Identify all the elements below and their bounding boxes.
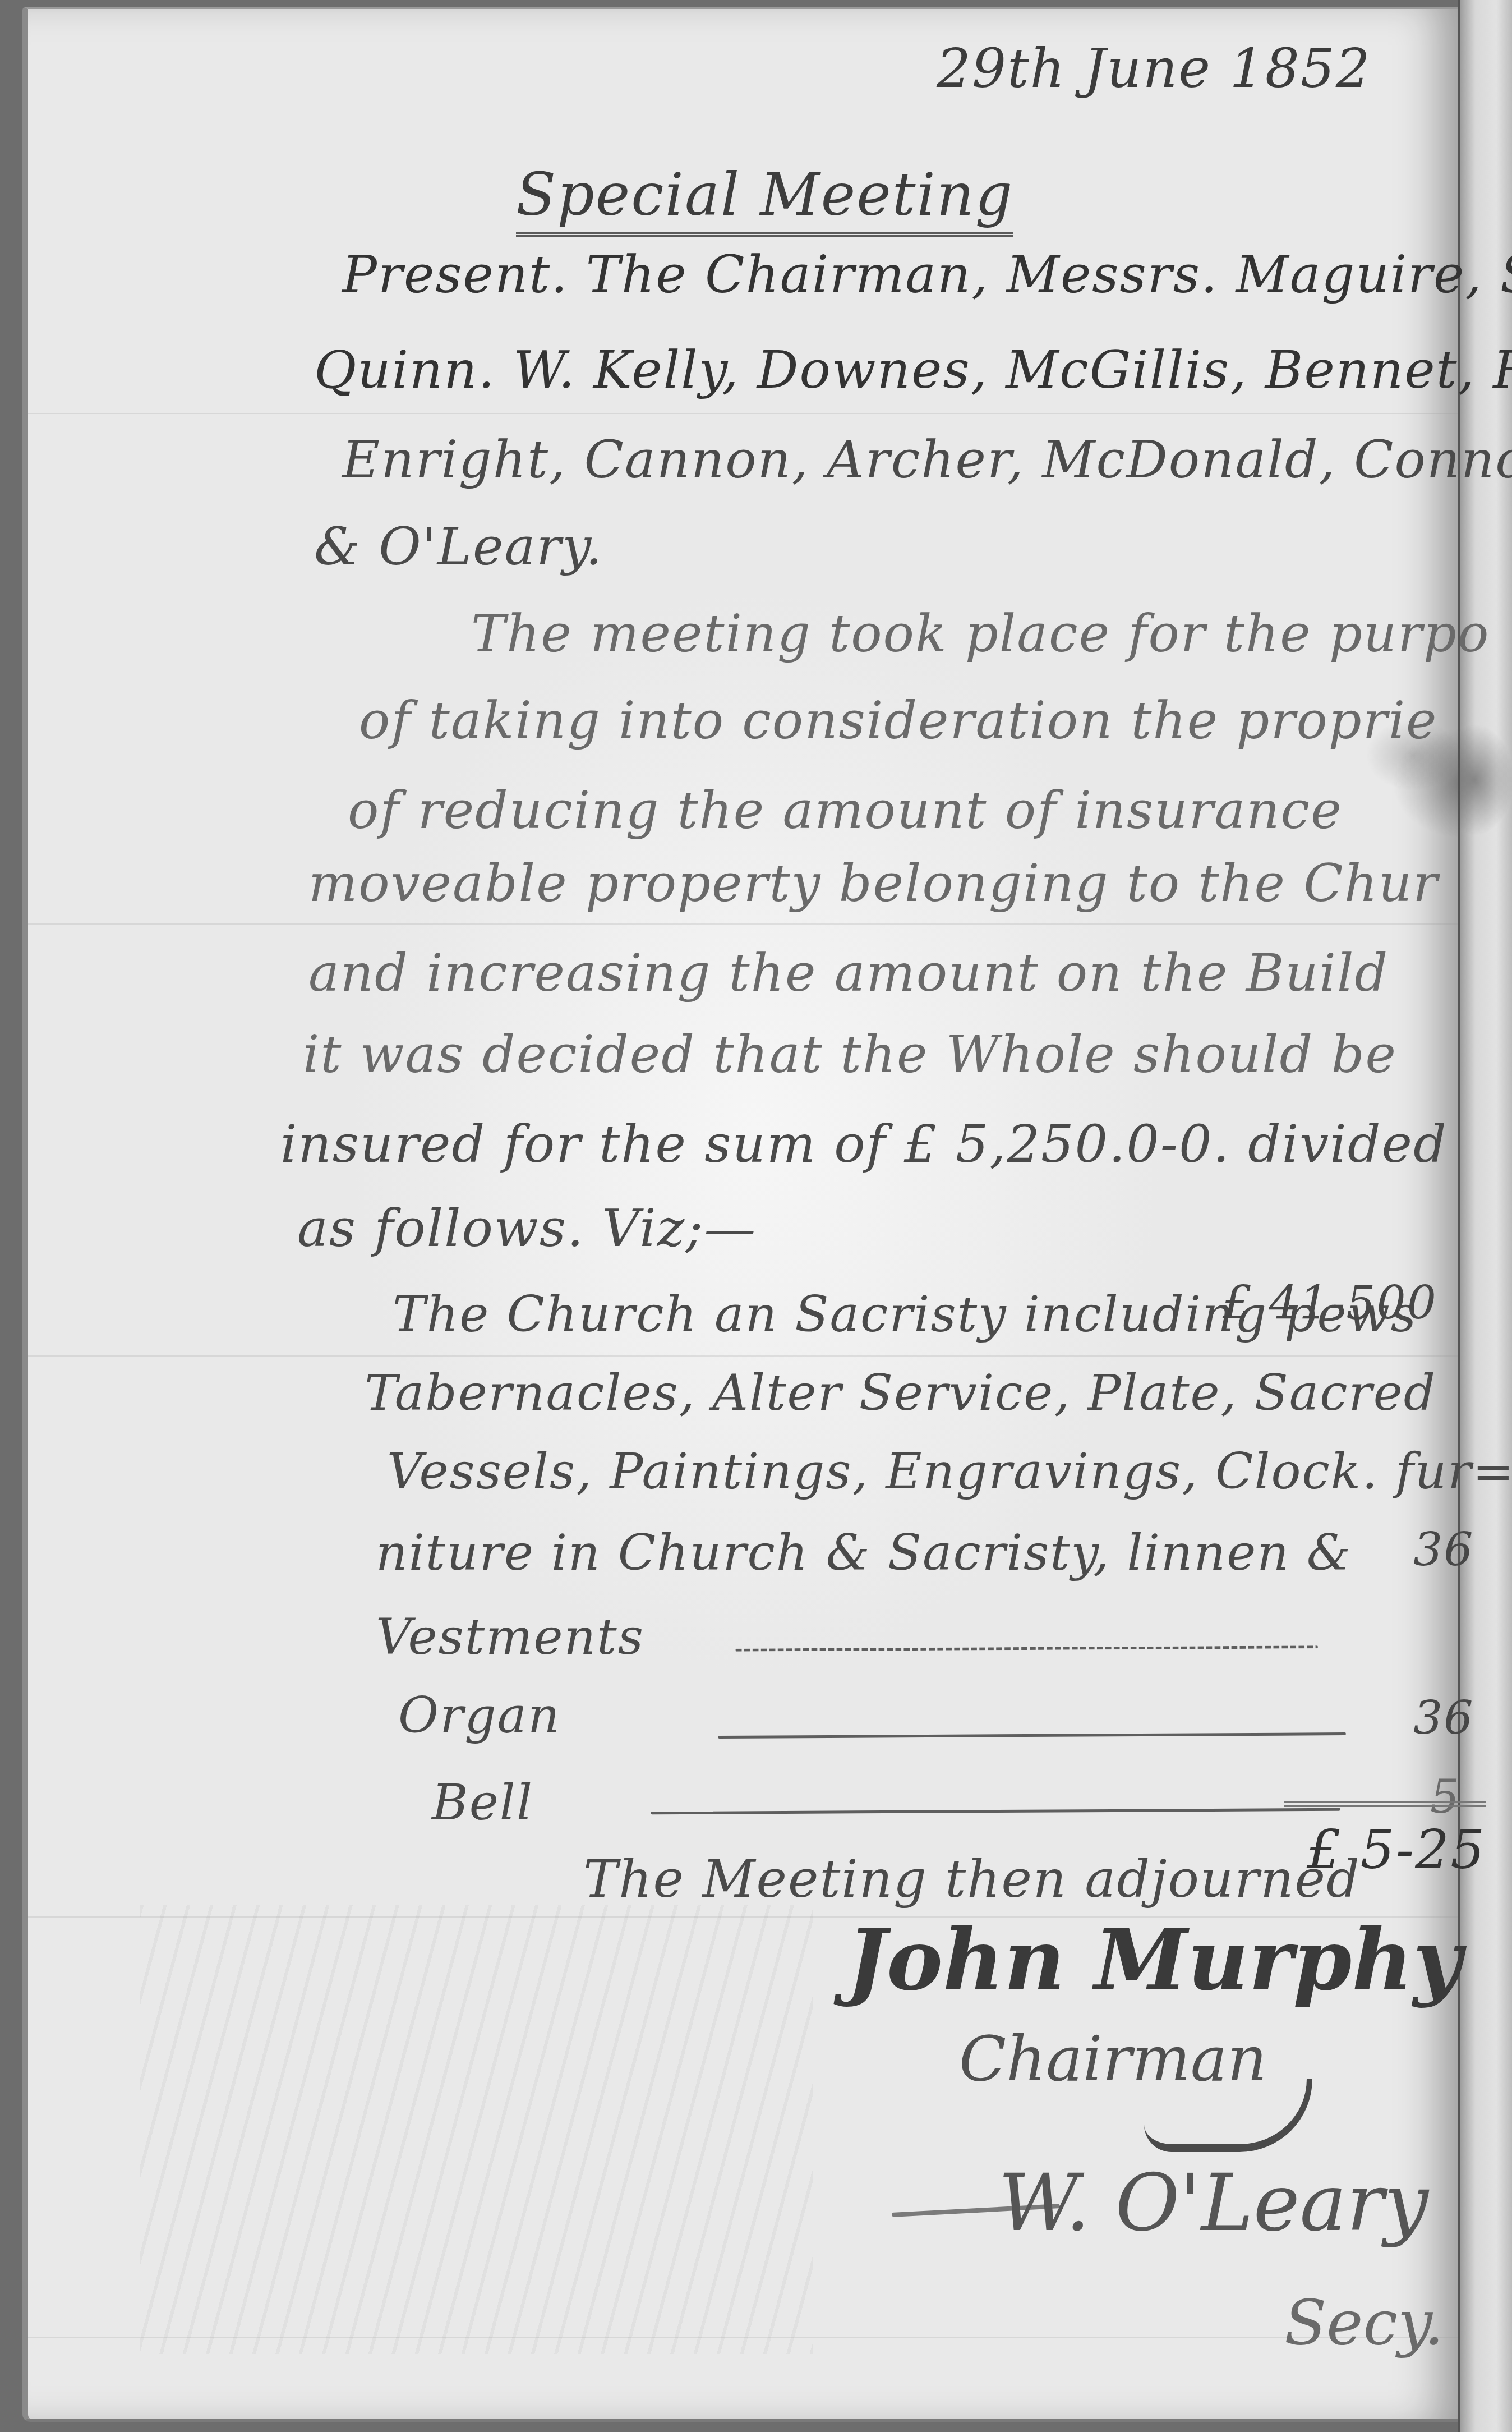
present-line-1: Present. The Chairman, Messrs. Maguire, … <box>342 245 1512 305</box>
body-line-3: of reducing the amount of insurance <box>348 780 1343 840</box>
body-line-8: as follows. Viz;— <box>297 1198 757 1258</box>
item-label-furniture: niture in Church & Sacristy, linnen & <box>376 1524 1352 1582</box>
ledger-page: 29th June 1852 Special Meeting Present. … <box>22 7 1458 2422</box>
ruled-line <box>28 1355 1458 1357</box>
body-line-5: and increasing the amount on the Build <box>308 943 1389 1003</box>
total-rule <box>1284 1801 1486 1807</box>
closing-line: The Meeting then adjourned <box>583 1849 1361 1909</box>
present-line-3: Enright, Cannon, Archer, McDonald, Conno… <box>342 430 1512 490</box>
item-label-tabernacles: Tabernacles, Alter Service, Plate, Sacre… <box>365 1364 1436 1422</box>
item-label-vessels: Vessels, Paintings, Engravings, Clock. f… <box>387 1442 1512 1500</box>
present-line-4: & O'Leary. <box>314 517 603 577</box>
body-line-7: insured for the sum of £ 5,250.0-0. divi… <box>280 1114 1448 1174</box>
item-label-vestments: Vestments <box>376 1608 644 1666</box>
ink-bleed-through <box>140 1905 813 2354</box>
body-line-6: it was decided that the Whole should be <box>303 1024 1397 1084</box>
body-line-1: The meeting took place for the purpo <box>471 604 1490 664</box>
entry-date: 29th June 1852 <box>937 37 1371 100</box>
item-label-organ: Organ <box>398 1686 561 1744</box>
chairman-signature: John Murphy <box>847 1911 1462 2010</box>
leader-line <box>735 1645 1318 1651</box>
signature-flourish <box>1144 2079 1312 2152</box>
leader-line <box>651 1808 1340 1814</box>
ruled-line <box>28 413 1458 414</box>
item-label-bell: Bell <box>432 1773 533 1831</box>
body-line-4: moveable property belonging to the Chur <box>308 853 1439 913</box>
item-amount-bell: 5 <box>1430 1771 1460 1824</box>
ruled-line <box>28 923 1458 925</box>
item-amount-organ: 36 <box>1413 1692 1474 1745</box>
body-line-2: of taking into consideration the proprie <box>359 691 1438 751</box>
secretary-title: Secy. <box>1284 2287 1444 2359</box>
scanned-document: 29th June 1852 Special Meeting Present. … <box>0 0 1512 2432</box>
leader-line <box>718 1732 1346 1739</box>
secretary-signature: W. O'Leary <box>998 2158 1428 2249</box>
present-line-2: Quinn. W. Kelly, Downes, McGillis, Benne… <box>314 340 1512 400</box>
item-amount-church: £ 41-500 <box>1223 1277 1437 1330</box>
meeting-heading: Special Meeting <box>516 160 1013 237</box>
item-amount-furniture: 36 <box>1413 1524 1474 1577</box>
